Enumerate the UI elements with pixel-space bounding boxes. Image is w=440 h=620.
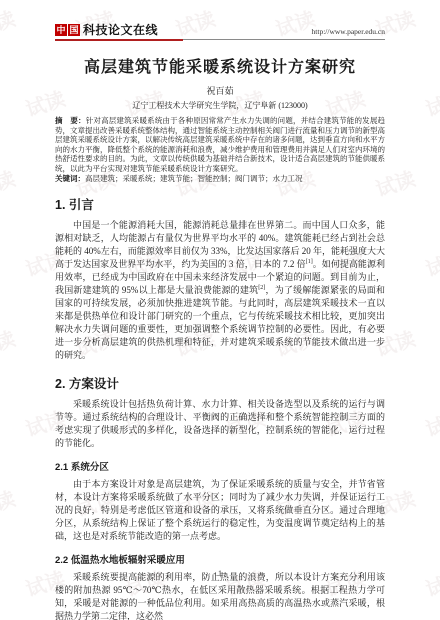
site-url: http://www.paper.edu.cn [312,28,385,37]
keywords: 关键词：高层建筑；采暖系统；建筑节能；智能控制；阀门调节；水力工况 [55,174,385,184]
paper-title: 高层建筑节能采暖系统设计方案研究 [55,54,385,77]
page-header: 中 国 科技论文在线 http://www.paper.edu.cn [55,24,385,40]
page-number: - 1 - [0,569,440,578]
subsection-heading: 2.1 系统分区 [55,459,385,473]
abstract: 摘 要：针对高层建筑采暖系统由于各种原因常常产生水力失调的问题，并结合建筑节能的… [55,116,385,174]
logo-square-icon: 中 [55,24,67,36]
keywords-label: 关键词： [55,174,85,183]
article-body: 1. 引言中国是一个能源消耗大国，能源消耗总量排在世界第二。而中国人口众多，能源… [55,195,385,620]
logo-text: 科技论文在线 [83,24,158,36]
abstract-text: 针对高层建筑采暖系统由于各种原因常常产生水力失调的问题，并结合建筑节能的发展趋势… [55,116,385,173]
logo-square-icon: 国 [68,24,80,36]
paper-page: 中 国 科技论文在线 http://www.paper.edu.cn 高层建筑节… [0,0,440,620]
section-heading: 2. 方案设计 [55,374,385,392]
author-name: 祝百茹 [55,84,385,97]
section-heading: 1. 引言 [55,195,385,213]
author-affiliation: 辽宁工程技术大学研究生学院，辽宁阜新 (123000) [55,100,385,111]
subsection-heading: 2.2 低温热水地板辐射采暖应用 [55,552,385,566]
body-paragraph: 中国是一个能源消耗大国，能源消耗总量排在世界第二。而中国人口众多，能源相对缺乏，… [55,219,385,362]
body-paragraph: 采暖系统设计包括热负荷计算、水力计算、相关设备选型以及系统的运行与调节等。通过系… [55,398,385,450]
keywords-text: 高层建筑；采暖系统；建筑节能；智能控制；阀门调节；水力工况 [85,174,303,183]
body-paragraph: 由于本方案设计对象是高层建筑，为了保证采暖系统的质量与安全，并节省管材，本设计方… [55,478,385,543]
site-logo: 中 国 科技论文在线 [55,24,158,36]
logo-underline [55,39,183,41]
body-paragraph: 采暖系统要提高能源的利用率，防止热量的浪费，所以本设计方案充分利用该楼的附加热源… [55,571,385,620]
abstract-label: 摘 要： [55,116,86,125]
